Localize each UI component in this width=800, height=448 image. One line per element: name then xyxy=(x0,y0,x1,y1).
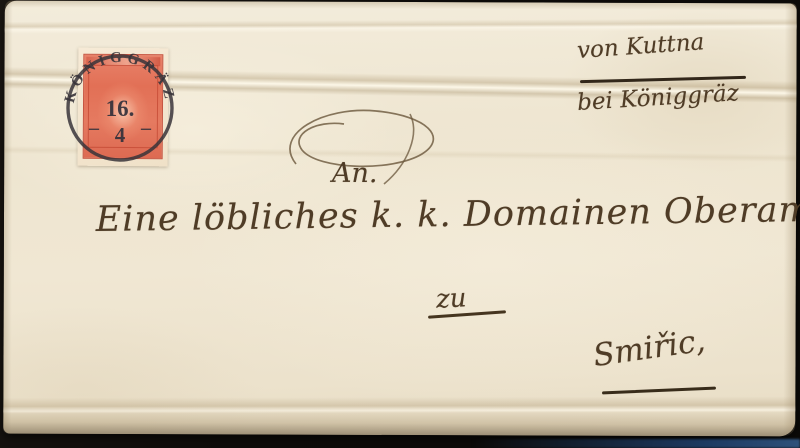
edge-shadow-left xyxy=(3,1,13,434)
salutation-an: An. xyxy=(332,158,377,189)
scan-blue-streak xyxy=(470,439,800,448)
circular-postmark: KÖNIGGRÄZ 16. 4 – – xyxy=(62,50,178,166)
envelope-bottom-edge xyxy=(3,408,795,437)
edge-shadow-top xyxy=(5,1,797,11)
postmark-separator-right: – xyxy=(140,117,152,139)
preposition-zu: zu xyxy=(435,283,467,315)
postmark-month: 4 xyxy=(115,123,126,147)
postmark-day: 16. xyxy=(106,96,135,121)
photograph-of-letter-cover: KÖNIGGRÄZ 16. 4 – – von Kuttna bei König… xyxy=(0,0,800,448)
postmark-separator-left: – xyxy=(88,117,100,139)
flourish-tail xyxy=(384,114,414,184)
